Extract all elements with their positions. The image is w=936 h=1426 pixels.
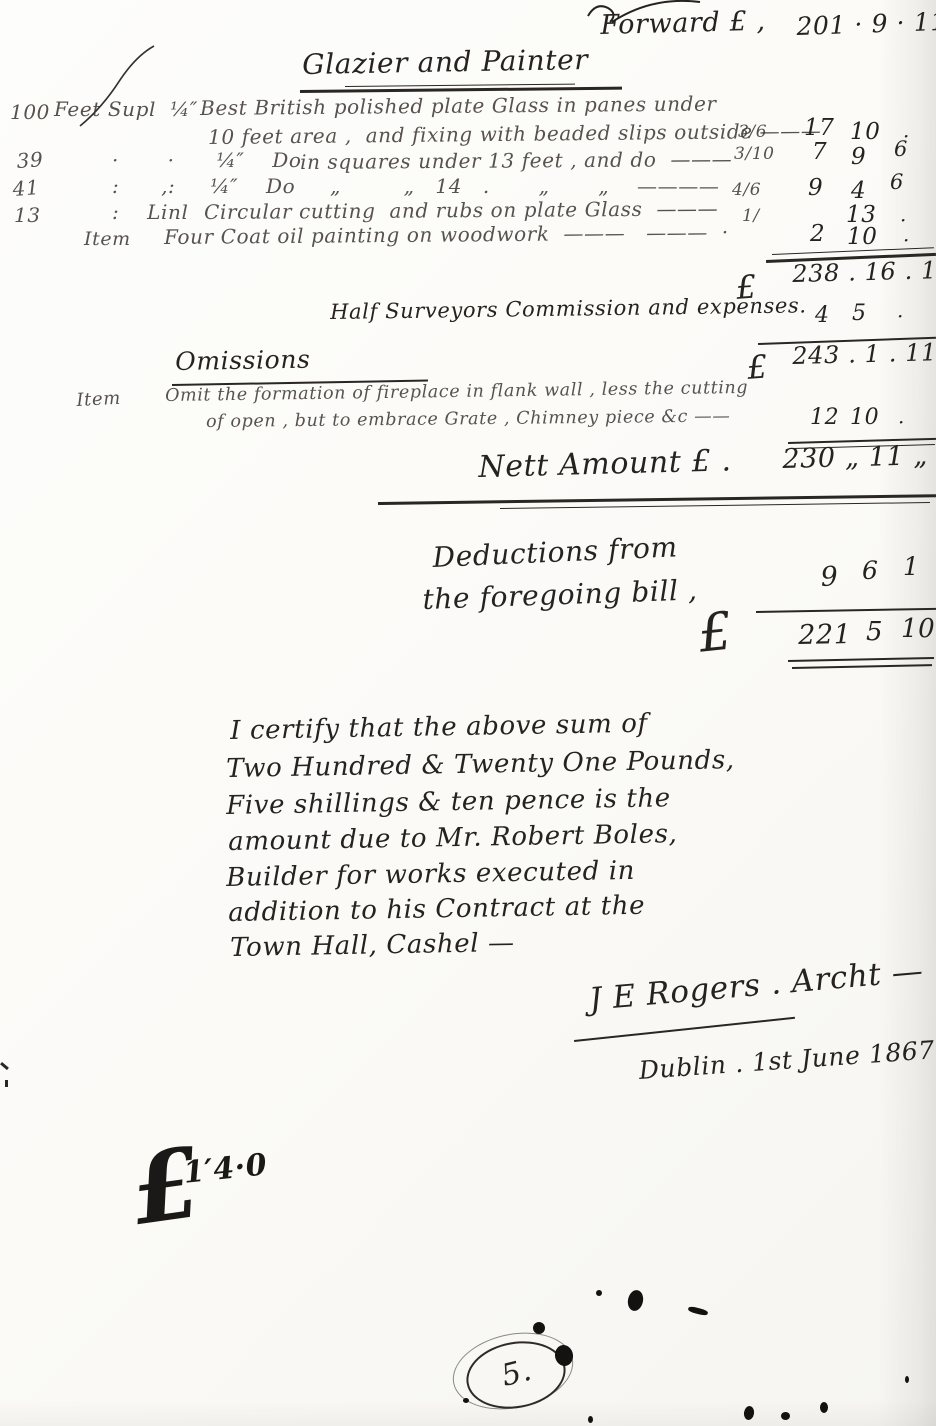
deductions-pounds: 9 <box>820 563 839 592</box>
nett-amount: 230 „ 11 „ 11 <box>782 441 936 474</box>
item-qty: 13 <box>14 205 41 226</box>
item-unit: : ,: ¼″ Do <box>112 176 295 197</box>
item-unit: : Linl <box>112 202 189 223</box>
certificate-line: addition to his Contract at the <box>228 893 645 928</box>
certificate-line: Five shillings & ten pence is the <box>226 785 671 820</box>
item-desc: Four Coat oil painting on woodwork ——— —… <box>164 222 729 248</box>
item-rate: 4/6 <box>732 182 761 200</box>
ink-blot <box>905 1376 909 1383</box>
item-desc: Circular cutting and rubs on plate Glass… <box>204 198 718 223</box>
deductions-shillings: 6 <box>862 558 879 584</box>
item-shillings: 10 <box>850 120 880 144</box>
item-qty: 41 <box>12 177 40 200</box>
ink-blot <box>596 1290 602 1296</box>
scanned-document-page: Forward £ , 201 · 9 · 11 Glazier and Pai… <box>0 0 936 1426</box>
item-shillings: 10 <box>847 225 877 249</box>
item-pounds: 2 <box>810 222 825 246</box>
commission-pounds: 4 <box>815 304 830 327</box>
certificate-line: amount due to Mr. Robert Boles, <box>228 821 678 856</box>
signature-underline <box>574 1017 795 1042</box>
total-currency: £ <box>746 351 769 386</box>
item-pounds: 17 <box>804 116 834 140</box>
item-desc: Best British polished plate Glass in pan… <box>200 93 717 119</box>
item-rate: 1/ <box>742 208 760 226</box>
item-desc-continued: 10 feet area , and fixing with beaded sl… <box>208 121 821 148</box>
forward-label: Forward £ , <box>600 8 766 41</box>
deductions-pence: 1 <box>903 554 920 580</box>
scan-mark <box>0 1062 9 1070</box>
ink-blot <box>626 1289 645 1313</box>
deductions-line1: Deductions from <box>432 532 678 572</box>
item-shillings: 4 <box>851 179 866 203</box>
ink-blot <box>463 1398 469 1403</box>
item-pounds: 9 <box>808 176 823 200</box>
item-qty: 39 <box>16 149 44 172</box>
item-pounds: 7 <box>812 140 827 164</box>
total-amount: 243 . 1 . 11 <box>792 340 936 369</box>
omissions-line2: of open , but to embrace Grate , Chimney… <box>206 408 730 432</box>
commission-pence: · <box>897 306 904 327</box>
item-pence: 6 <box>890 171 904 193</box>
nett-underline <box>500 502 930 509</box>
heading-underline <box>300 87 622 93</box>
item-rate: 3/10 <box>734 146 775 164</box>
deductions-line2: the foregoing bill , <box>422 575 698 614</box>
pencil-annotation-value: 1′4·0 <box>182 1149 269 1189</box>
final-shillings: 5 <box>866 619 883 646</box>
omissions-pence: · <box>898 412 905 433</box>
certificate-line: Town Hall, Cashel — <box>230 930 515 962</box>
ink-blot <box>820 1402 828 1413</box>
ink-blot <box>588 1416 593 1423</box>
commission-label: Half Surveyors Commission and expenses. <box>330 294 807 323</box>
item-unit: · · ¼″ Do <box>112 150 302 171</box>
section-heading: Glazier and Painter <box>302 45 588 79</box>
item-pence: 6 <box>894 138 908 160</box>
omissions-heading: Omissions <box>175 347 311 376</box>
forward-amount: 201 · 9 · 11 <box>796 9 936 40</box>
subtotal-amount: 238 . 16 . 11 <box>792 258 936 287</box>
ink-blot <box>533 1322 545 1334</box>
signature-name: J E Rogers . Archt — <box>588 955 925 1017</box>
scan-mark <box>5 1080 8 1087</box>
certificate-line: I certify that the above sum of <box>230 711 648 746</box>
item-qty: 100 <box>10 102 50 123</box>
omissions-pounds: 12 <box>810 406 839 429</box>
certificate-line: Two Hundred & Twenty One Pounds, <box>226 747 735 783</box>
page-number: 5. <box>499 1355 536 1393</box>
final-currency: £ <box>696 604 735 662</box>
scan-edge-shade <box>0 1400 936 1426</box>
certificate-line: Builder for works executed in <box>226 858 635 892</box>
item-label: Item <box>84 230 131 250</box>
final-pounds: 221 <box>798 621 852 650</box>
ink-blot <box>781 1412 790 1420</box>
final-pence: 10 <box>901 616 935 643</box>
omissions-item-label: Item <box>76 390 121 411</box>
item-desc: „ „ 14 . „ „ ———— <box>330 176 719 197</box>
ink-blot <box>688 1306 709 1317</box>
item-shillings: 9 <box>851 145 866 169</box>
nett-label: Nett Amount £ . <box>478 445 732 483</box>
item-desc: in squares under 13 feet , and do ——— <box>300 149 732 173</box>
commission-shillings: 5 <box>852 302 867 325</box>
item-rate: 3/6 <box>738 124 767 142</box>
omissions-shillings: 10 <box>850 406 879 429</box>
scan-edge-shade <box>878 0 936 1426</box>
item-unit: Feet Supl ¼″ <box>54 99 198 120</box>
